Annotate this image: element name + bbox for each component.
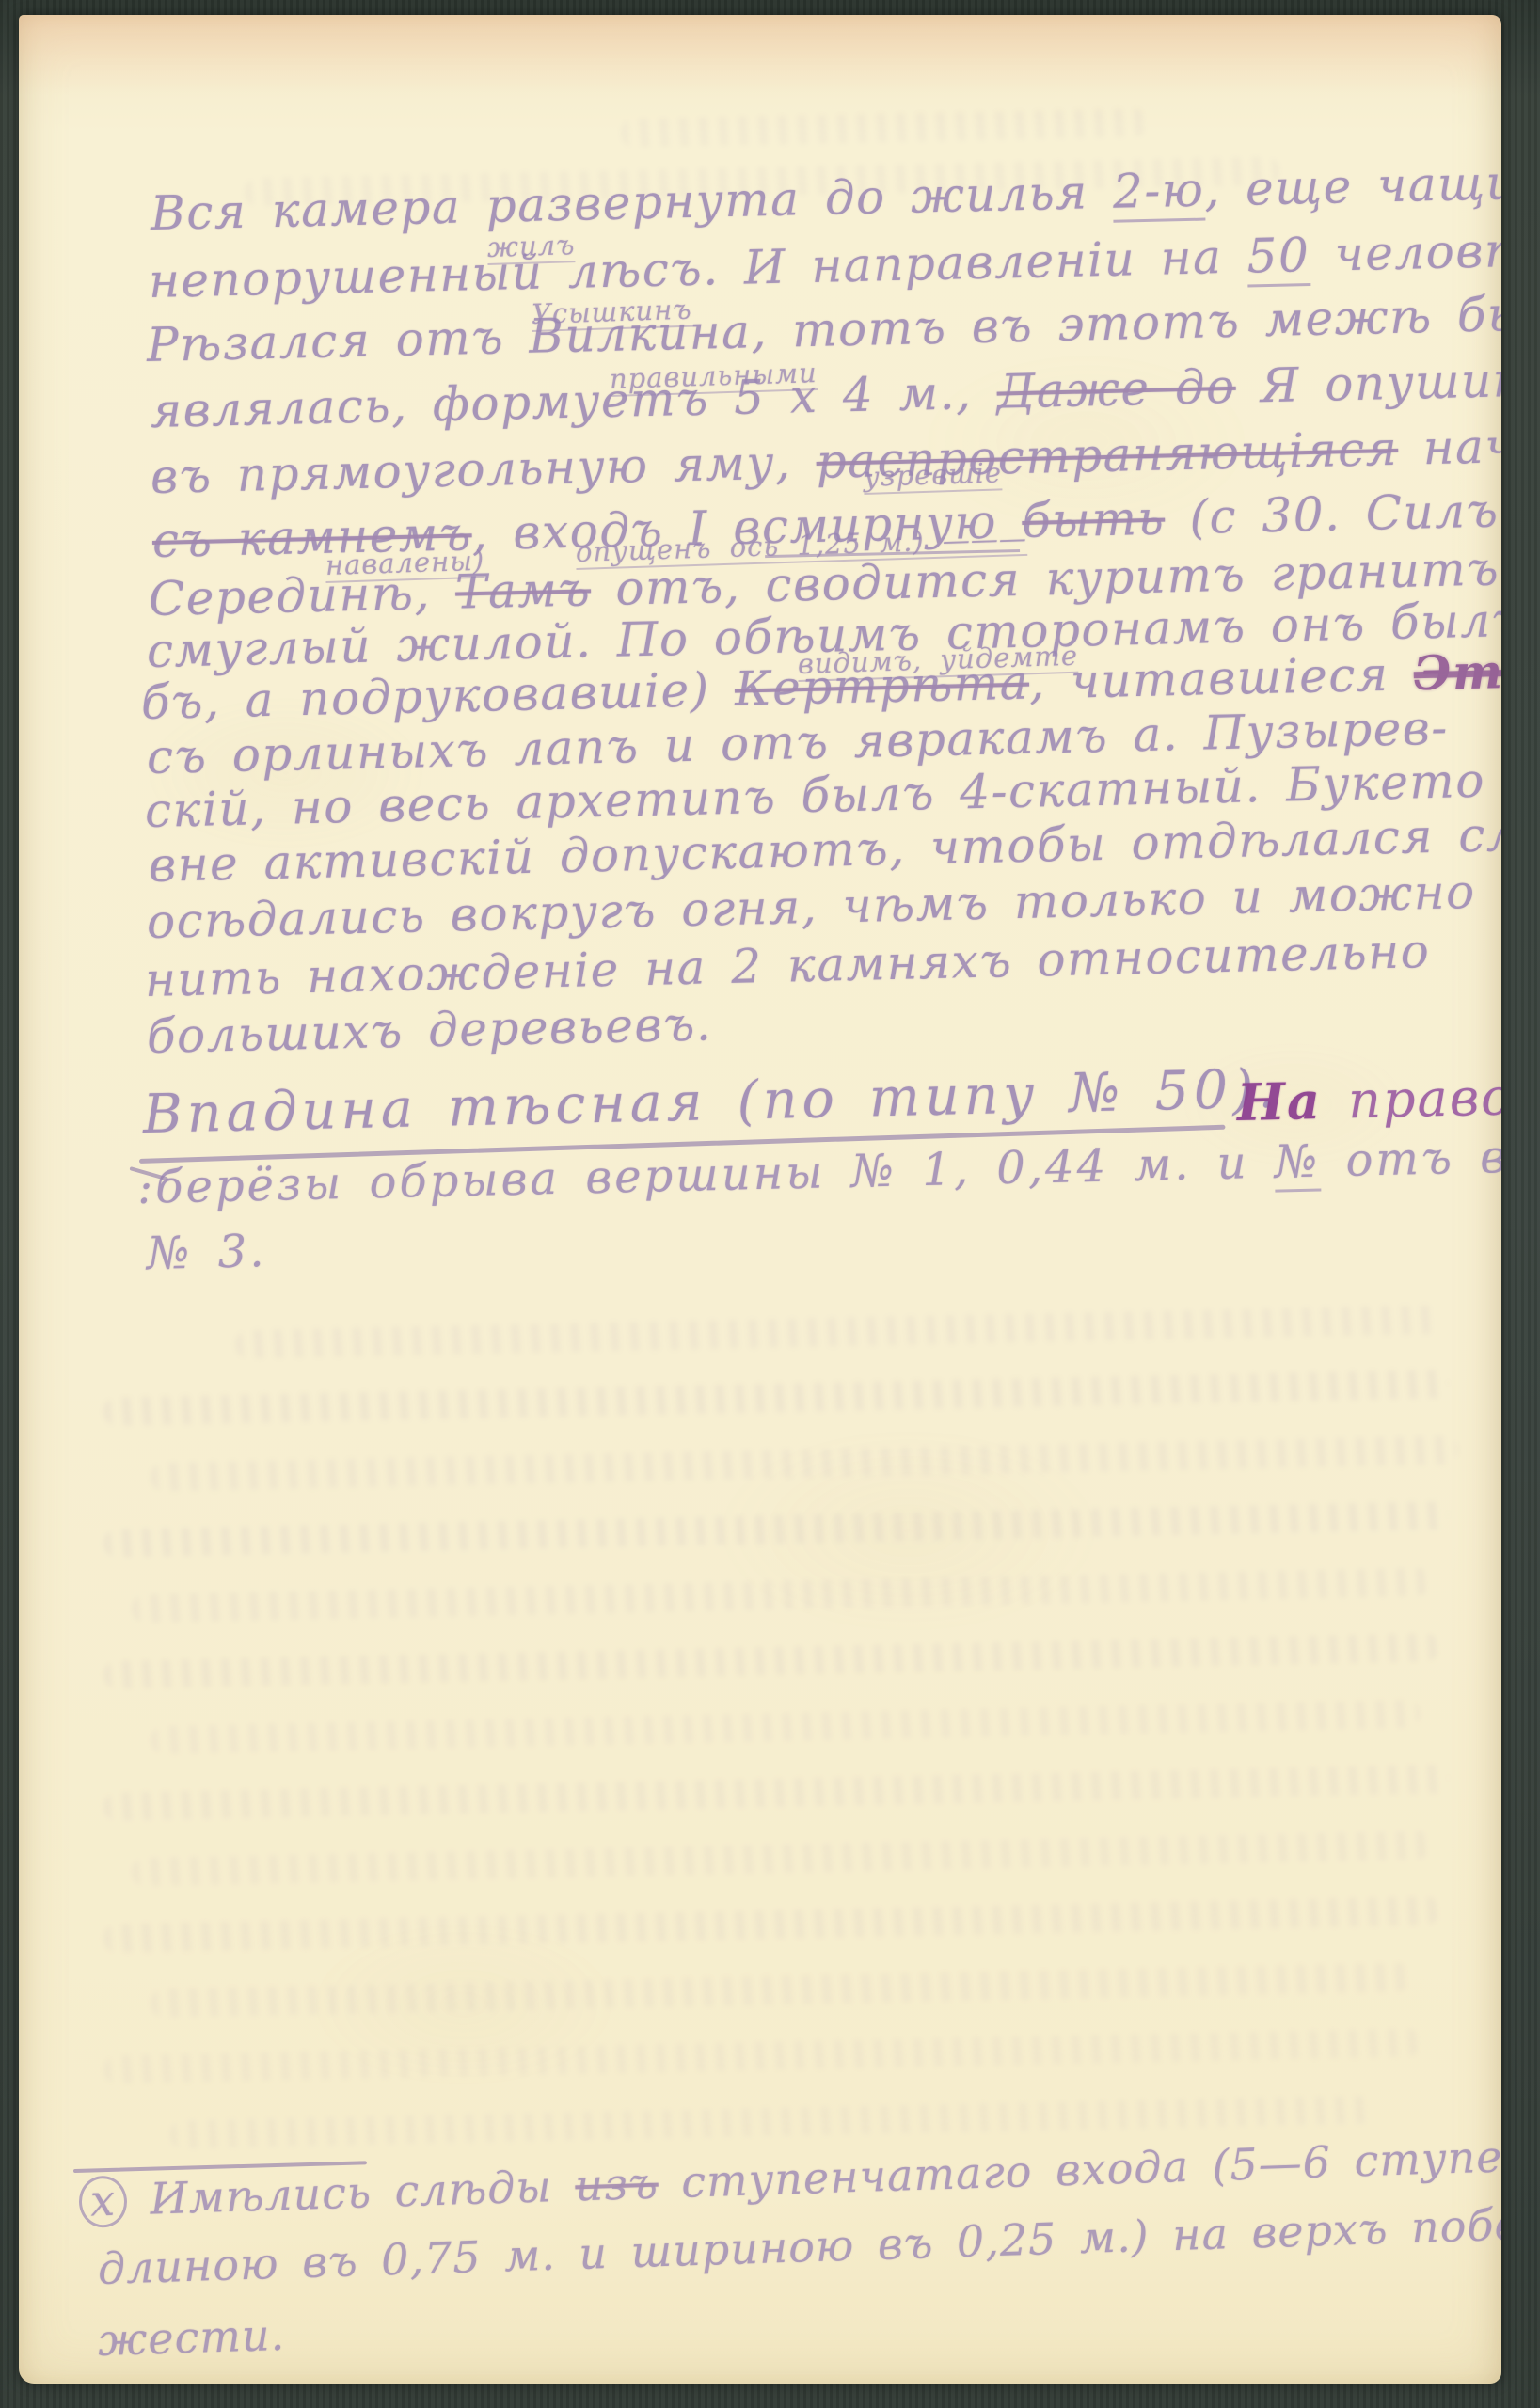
- interline-insertion: узревшіе: [863, 458, 1002, 495]
- handwriting-segment: х: [78, 2175, 128, 2228]
- handwriting-segment: человѣкъ: [1310, 221, 1501, 282]
- handwriting-segment: №: [1274, 1134, 1321, 1192]
- handwriting-segment: Вся камера развернута до жилья: [150, 165, 1113, 241]
- handwriting-segment: изъ: [574, 2158, 659, 2211]
- handwriting-segment: въ прямоугольную яму,: [150, 435, 817, 504]
- handwriting-segment: навалены): [325, 545, 484, 581]
- bleed-through-row: [132, 1568, 1430, 1624]
- handwriting-segment: На: [1236, 1070, 1322, 1133]
- handwriting-segment: жести.: [97, 2309, 286, 2366]
- handwriting-segment: Это: [1413, 642, 1501, 701]
- handwriting-segment: являлась, формуетъ 5 х 4 м.,: [150, 365, 997, 438]
- handwriting-segment: Усышкинъ: [531, 293, 692, 330]
- handwriting-segment: быть: [1022, 491, 1166, 548]
- handwriting-segment: 50: [1246, 228, 1310, 287]
- scanned-page: Вся камера развернута до жилья 2-ю, еще …: [0, 0, 1540, 2408]
- handwriting-segment: (с 30. Силъ отъ воды,: [1164, 476, 1501, 545]
- bleed-through-row: [103, 1765, 1449, 1821]
- interline-insertion: правильными: [609, 358, 818, 397]
- interline-insertion: навалены): [325, 547, 484, 584]
- handwriting-segment: , еще чащихъ: [1204, 154, 1501, 217]
- handwriting-segment: Даже до: [996, 359, 1236, 420]
- bleed-through-row: [103, 1896, 1439, 1953]
- manuscript-paper: Вся камера развернута до жилья 2-ю, еще …: [19, 15, 1501, 2384]
- bleed-through-row: [132, 1831, 1430, 1887]
- bleed-through-row: [151, 1700, 1421, 1754]
- handwriting-segment: :берёзы обрыва вершины № 1, 0,44 м. и: [136, 1136, 1275, 1214]
- handwriting-segment: ступенчатаго входа (5—6 ступеней,: [658, 2127, 1501, 2208]
- handwriting-segment: правильными: [609, 356, 818, 395]
- bleed-through-row: [103, 1501, 1449, 1558]
- handwriting-segment: начала: [1398, 417, 1501, 476]
- footnote-line: жести.: [97, 2312, 286, 2364]
- handwriting-segment: Я опушить: [1235, 352, 1501, 414]
- handwriting-segment: право:: [1321, 1067, 1501, 1131]
- bleed-through-row: [103, 1633, 1439, 1689]
- paper-top-tint: [19, 15, 1501, 95]
- handwriting-segment: № 3.: [146, 1225, 267, 1280]
- subsection-line: № 3.: [146, 1228, 267, 1277]
- handwriting-segment: , читавшіеся: [1028, 646, 1414, 709]
- bleed-through-row: [103, 2028, 1421, 2083]
- handwriting-segment: Имѣлись слѣды: [126, 2160, 576, 2225]
- bleed-through-row: [151, 1963, 1411, 2018]
- bleed-through-row: [621, 108, 1149, 148]
- heading-annotation: На право:: [1236, 1069, 1501, 1131]
- handwriting-segment: большихъ деревьевъ.: [146, 996, 712, 1064]
- interline-insertion: жилъ: [486, 230, 575, 265]
- paragraph-line: большихъ деревьевъ.: [146, 999, 712, 1061]
- handwriting-segment: отъ впадины: [1320, 1126, 1501, 1187]
- handwriting-segment: 2-ю: [1112, 163, 1205, 223]
- handwriting-segment: узревшіе: [863, 456, 1002, 493]
- interline-insertion: Усышкинъ: [531, 295, 692, 333]
- bleed-through-row: [103, 1370, 1449, 1426]
- bleed-through-row: [235, 1306, 1439, 1359]
- handwriting-segment: жилъ: [486, 229, 575, 263]
- bleed-through-row: [151, 1435, 1458, 1491]
